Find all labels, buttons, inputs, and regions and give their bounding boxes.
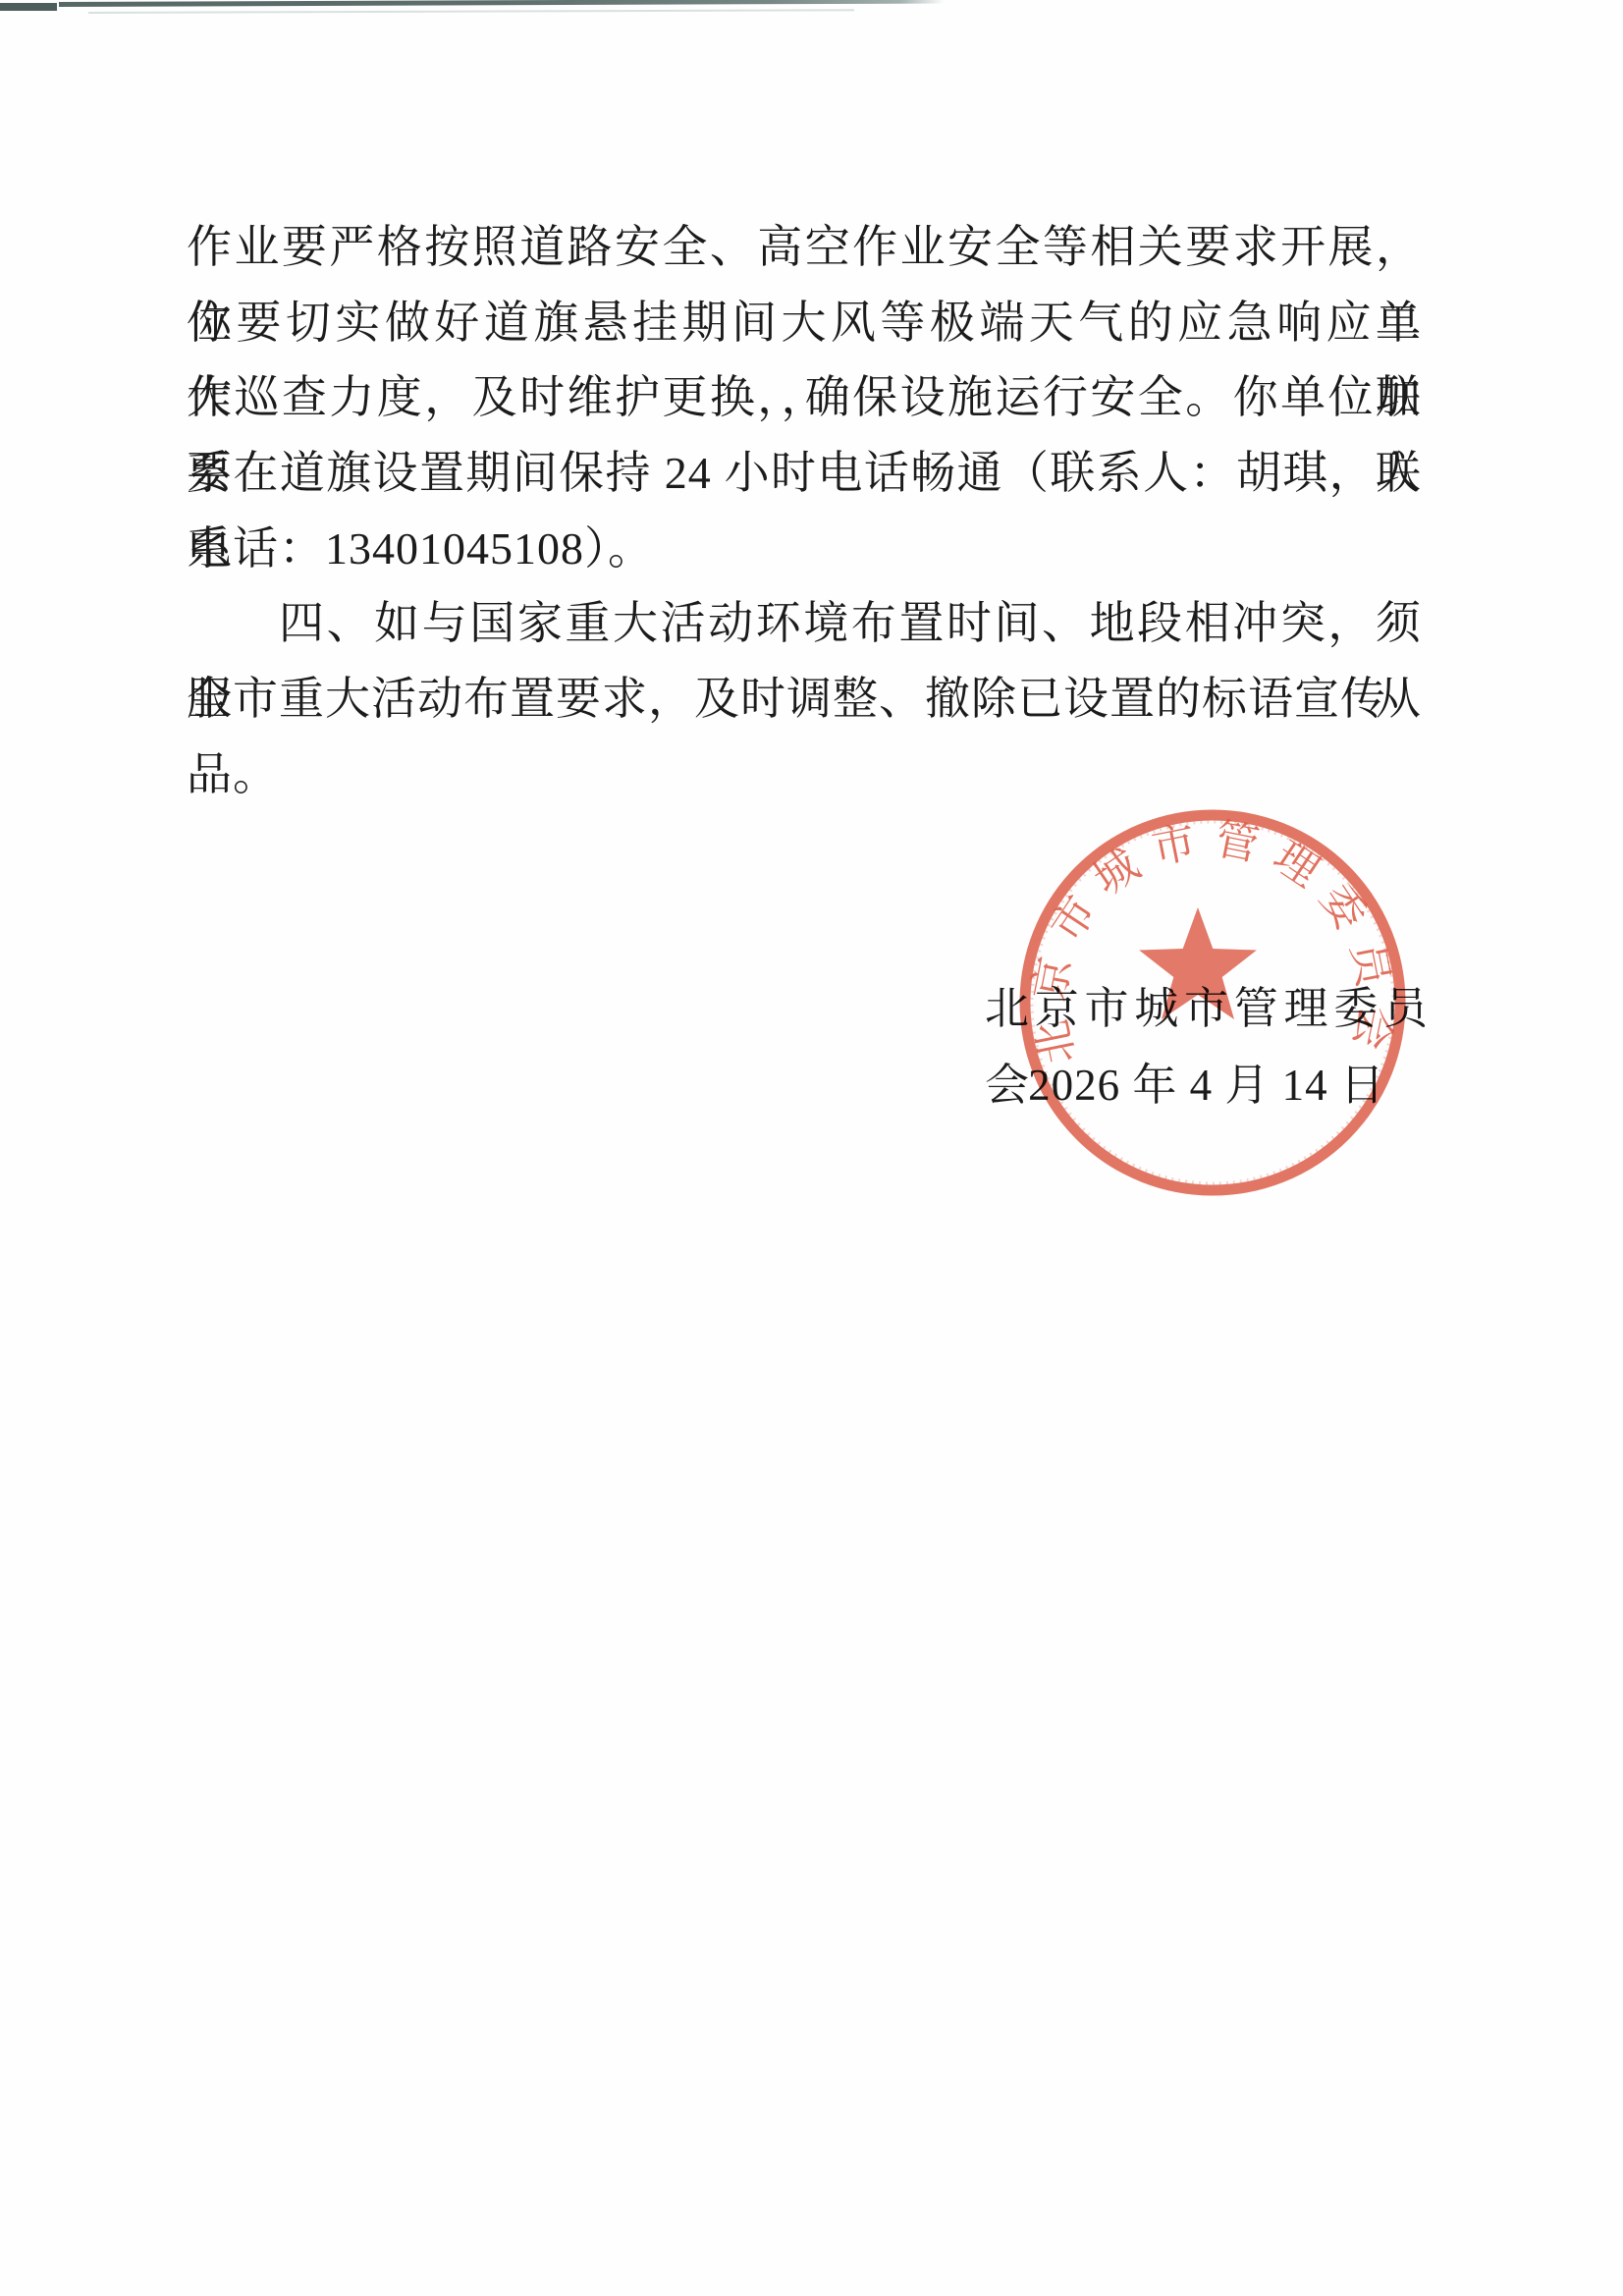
- scan-artifact-faint-line: [88, 9, 854, 14]
- body-line-5: 电话：13401045108）。: [187, 512, 1422, 587]
- seal-curved-text: 北京市城市管理委员会: [1025, 815, 1400, 1068]
- seal-star-icon: [1139, 907, 1257, 1019]
- body-line-6: 四、如与国家重大活动环境布置时间、地段相冲突，须服从: [187, 586, 1422, 662]
- body-text: 作业要严格按照道路安全、高空作业安全等相关要求开展，你单 位要切实做好道旗悬挂期…: [187, 210, 1422, 738]
- scan-artifact-blob: [0, 3, 57, 11]
- scan-artifact-line: [59, 0, 945, 7]
- body-line-7: 全市重大活动布置要求，及时调整、撤除已设置的标语宣传品。: [187, 662, 1422, 738]
- svg-text:北京市城市管理委员会: 北京市城市管理委员会: [1025, 815, 1400, 1068]
- body-line-4: 要在道旗设置期间保持 24 小时电话畅通（联系人：胡琪，联系: [187, 436, 1422, 512]
- body-line-1: 作业要严格按照道路安全、高空作业安全等相关要求开展，你单: [187, 210, 1422, 286]
- document-page: 作业要严格按照道路安全、高空作业安全等相关要求开展，你单 位要切实做好道旗悬挂期…: [0, 0, 1623, 2296]
- body-line-2: 位要切实做好道旗悬挂期间大风等极端天气的应急响应工作，加: [187, 286, 1422, 361]
- official-seal: 北京市城市管理委员会: [1014, 802, 1411, 1199]
- body-line-3: 大巡查力度，及时维护更换，确保设施运行安全。你单位联系人: [187, 360, 1422, 436]
